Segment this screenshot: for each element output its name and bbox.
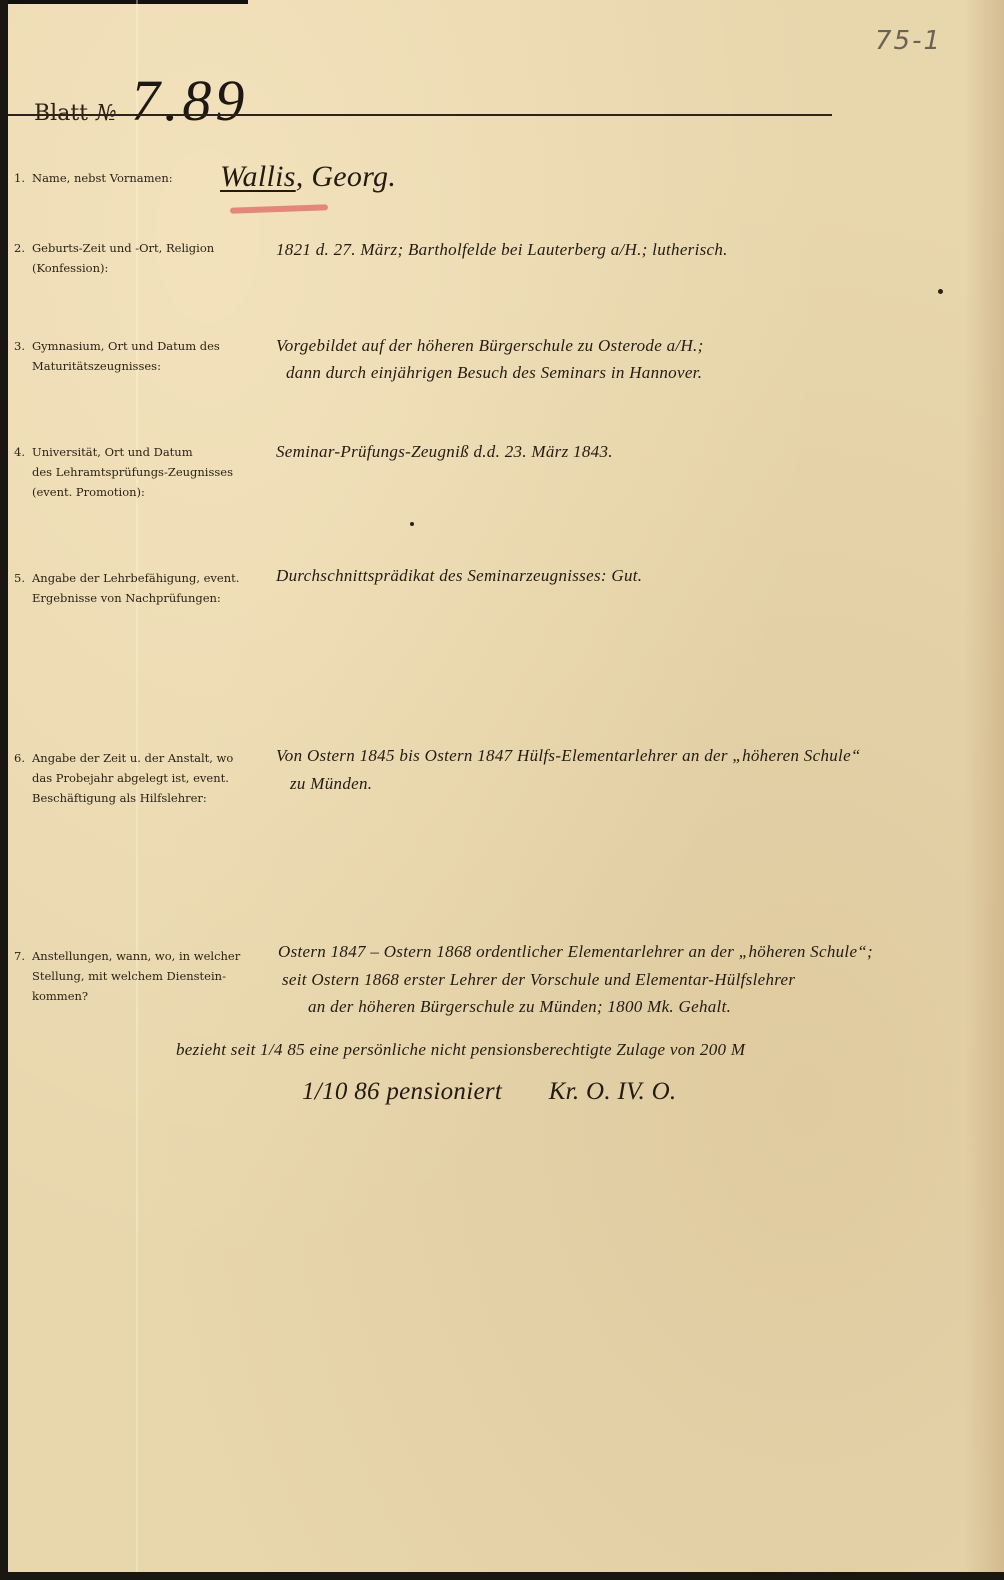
annotation-allowance: bezieht seit 1/4 85 eine persönliche nic… [176, 1040, 745, 1060]
field-4-label: 4.Universität, Ort und Datum des Lehramt… [14, 442, 260, 502]
ink-spot [938, 289, 943, 294]
sheet-header: Blatt № 7.89 [34, 72, 248, 130]
order-decoration: Kr. O. IV. O. [549, 1078, 677, 1105]
field-3-value-line-1: Vorgebildet auf der höheren Bürgerschule… [276, 336, 704, 356]
field-4-value: Seminar-Prüfungs-Zeugniß d.d. 23. März 1… [276, 442, 613, 462]
field-5-value: Durchschnittsprädikat des Seminarzeugnis… [276, 566, 642, 586]
field-2-value: 1821 d. 27. März; Bartholfelde bei Laute… [276, 240, 728, 260]
annotation-pension: 1/10 86 pensioniert Kr. O. IV. O. [302, 1078, 676, 1106]
given-name: , Georg. [296, 160, 396, 193]
field-7-label: 7.Anstellungen, wann, wo, in welcher Ste… [14, 946, 260, 1006]
field-7-value-line-1: Ostern 1847 – Ostern 1868 ordentlicher E… [278, 942, 873, 962]
field-6-value-line-2: zu Münden. [290, 774, 372, 794]
red-pencil-underline [230, 204, 328, 213]
record-sheet: 75-1 Blatt № 7.89 1.Name, nebst Vornamen… [8, 0, 1004, 1572]
field-6-value-line-1: Von Ostern 1845 bis Ostern 1847 Hülfs-El… [276, 746, 861, 766]
pension-date: 1/10 86 pensioniert [302, 1078, 502, 1105]
field-7-value-line-3: an der höheren Bürgerschule zu Münden; 1… [308, 997, 731, 1017]
ink-spot [410, 522, 414, 526]
field-7-value-line-2: seit Ostern 1868 erster Lehrer der Vorsc… [282, 970, 795, 990]
field-3-label: 3.Gymnasium, Ort und Datum des Maturität… [14, 336, 260, 376]
sheet-number: 7.89 [131, 72, 249, 130]
header-rule [8, 114, 832, 116]
field-3-value-line-2: dann durch einjährigen Besuch des Semina… [286, 363, 702, 383]
surname: Wallis [220, 160, 296, 193]
field-5-label: 5.Angabe der Lehrbefähigung, event. Erge… [14, 568, 260, 608]
field-6-label: 6.Angabe der Zeit u. der Anstalt, wo das… [14, 748, 260, 808]
scan-edge [8, 0, 248, 4]
archive-number: 75-1 [875, 26, 942, 56]
field-1-value: Wallis, Georg. [220, 160, 396, 194]
field-2-label: 2.Geburts-Zeit und -Ort, Religion (Konfe… [14, 238, 260, 278]
